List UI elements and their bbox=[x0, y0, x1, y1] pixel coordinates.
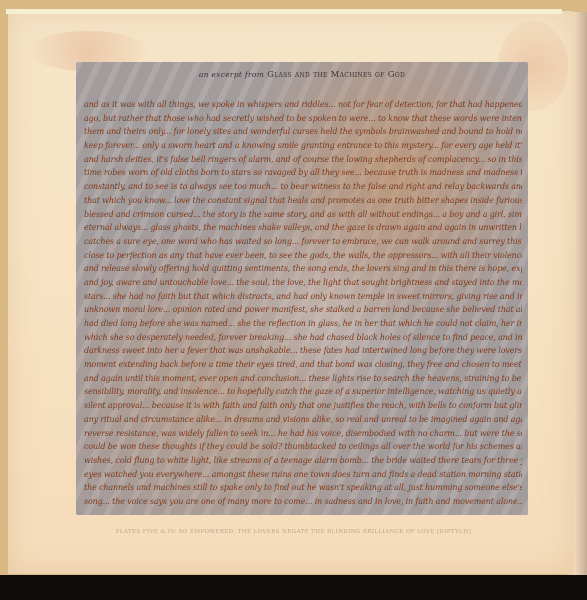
text-line: wishes, cold flung to white light, like … bbox=[84, 454, 522, 468]
title-prefix: an excerpt from bbox=[199, 70, 264, 79]
text-line: darkness sweet into her a fever that was… bbox=[84, 344, 522, 358]
text-line: reverse resistance, was widely fallen to… bbox=[84, 427, 522, 441]
text-line: sensibility, morality, and insolence... … bbox=[84, 385, 522, 399]
text-line: constantly, and to see is to always see … bbox=[84, 180, 522, 194]
handwritten-lines: and as it was with all things, we spoke … bbox=[84, 98, 522, 509]
page-top-edge bbox=[6, 9, 562, 14]
text-line: and harsh deities, it's false bell ringe… bbox=[84, 153, 522, 167]
text-line: had died long before she was named... sh… bbox=[84, 317, 522, 331]
text-line: and release slowly offering hold quittin… bbox=[84, 262, 522, 276]
text-line: stars... she had no faith but that which… bbox=[84, 290, 522, 304]
text-line: which she so desperately needed, forever… bbox=[84, 331, 522, 345]
text-line: and as it was with all things, we spoke … bbox=[84, 98, 522, 112]
handwritten-text-panel: an excerpt from Glass and the Machines o… bbox=[76, 62, 528, 515]
text-line: and joy, aware and untouchable love... t… bbox=[84, 276, 522, 290]
text-line: unknown moral lore... opinion rated and … bbox=[84, 303, 522, 317]
plate-caption: PLATES FIVE & IV: SO EMPOWERED, THE LOVE… bbox=[0, 529, 587, 535]
text-line: silent approval... because it is with fa… bbox=[84, 399, 522, 413]
title-text: Glass and the Machines of God bbox=[267, 70, 405, 80]
text-line: close to perfection as any that have eve… bbox=[84, 249, 522, 263]
text-line: blessed and crimson cursed... the story … bbox=[84, 208, 522, 222]
excerpt-title: an excerpt from Glass and the Machines o… bbox=[76, 70, 528, 80]
text-line: and again until this moment, ever open a… bbox=[84, 372, 522, 386]
text-line: time robes worn of old cloths born to st… bbox=[84, 166, 522, 180]
scan-bottom-border bbox=[0, 575, 587, 600]
text-line: eyes watched you everywhere... amongst t… bbox=[84, 468, 522, 482]
text-line: catches a sure eye, one word who has wai… bbox=[84, 235, 522, 249]
text-line: the channels and machines still to spake… bbox=[84, 481, 522, 495]
text-line: them and theirs only... for lonely sites… bbox=[84, 125, 522, 139]
text-line: song... the voice says you are one of ma… bbox=[84, 495, 522, 509]
text-line: eternal always... glass ghosts, the mach… bbox=[84, 221, 522, 235]
text-line: moment extending back before a time thei… bbox=[84, 358, 522, 372]
text-line: ago, but rather that those who had secre… bbox=[84, 112, 522, 126]
text-line: could be won these thoughts if they coul… bbox=[84, 440, 522, 454]
text-line: keep forever... only a sworn heart and a… bbox=[84, 139, 522, 153]
text-line: that which you know... love the constant… bbox=[84, 194, 522, 208]
text-line: any ritual and circumstance alike... in … bbox=[84, 413, 522, 427]
